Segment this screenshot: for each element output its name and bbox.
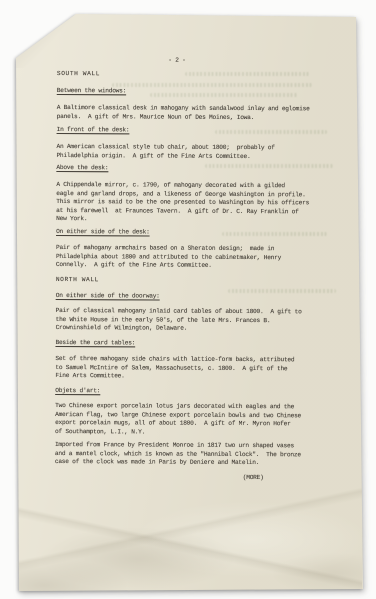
entry-body-chippendale-mirror: A Chippendale mirror, c. 1790, of mahoga… bbox=[56, 181, 330, 225]
section-heading-north-wall: NORTH WALL bbox=[56, 276, 330, 286]
entry-body-hannibal-clock: Imported from France by President Monroe… bbox=[55, 441, 329, 468]
entry-body-porcelain: Two Chinese export porcelain lotus jars … bbox=[55, 402, 329, 438]
entry-heading-either-side-of-desk: On either side of the desk: bbox=[56, 228, 330, 238]
paper-shadow-wrap: - 2 - SOUTH WALL Between the windows: A … bbox=[0, 0, 376, 599]
entry-heading-above-desk: Above the desk: bbox=[56, 164, 330, 174]
entry-heading-objets-dart: Objets d'art: bbox=[55, 387, 329, 397]
entry-heading-in-front-of-desk: In front of the desk: bbox=[57, 126, 331, 136]
entry-body-card-tables: Pair of classical mahogany inlaid card t… bbox=[56, 307, 330, 334]
continuation-marker: (MORE) bbox=[243, 474, 264, 483]
entry-heading-between-windows: Between the windows: bbox=[57, 87, 331, 97]
entry-body-tub-chair: An American classical style tub chair, a… bbox=[56, 143, 330, 162]
document-page: - 2 - SOUTH WALL Between the windows: A … bbox=[0, 0, 376, 599]
entry-heading-beside-card-tables: Beside the card tables: bbox=[55, 339, 329, 349]
entry-heading-either-side-of-doorway: On either side of the doorway: bbox=[56, 292, 330, 302]
entry-body-armchairs: Pair of mahogany armchairs based on a Sh… bbox=[56, 244, 330, 271]
entry-body-baltimore-desk: A Baltimore classical desk in mahogany w… bbox=[57, 104, 331, 123]
typed-content: - 2 - SOUTH WALL Between the windows: A … bbox=[0, 0, 376, 599]
section-heading-south-wall: SOUTH WALL bbox=[57, 70, 331, 80]
page-number: - 2 - bbox=[57, 56, 297, 66]
photo-background: - 2 - SOUTH WALL Between the windows: A … bbox=[0, 0, 376, 599]
entry-body-side-chairs: Set of three mahogany side chairs with l… bbox=[55, 355, 329, 382]
